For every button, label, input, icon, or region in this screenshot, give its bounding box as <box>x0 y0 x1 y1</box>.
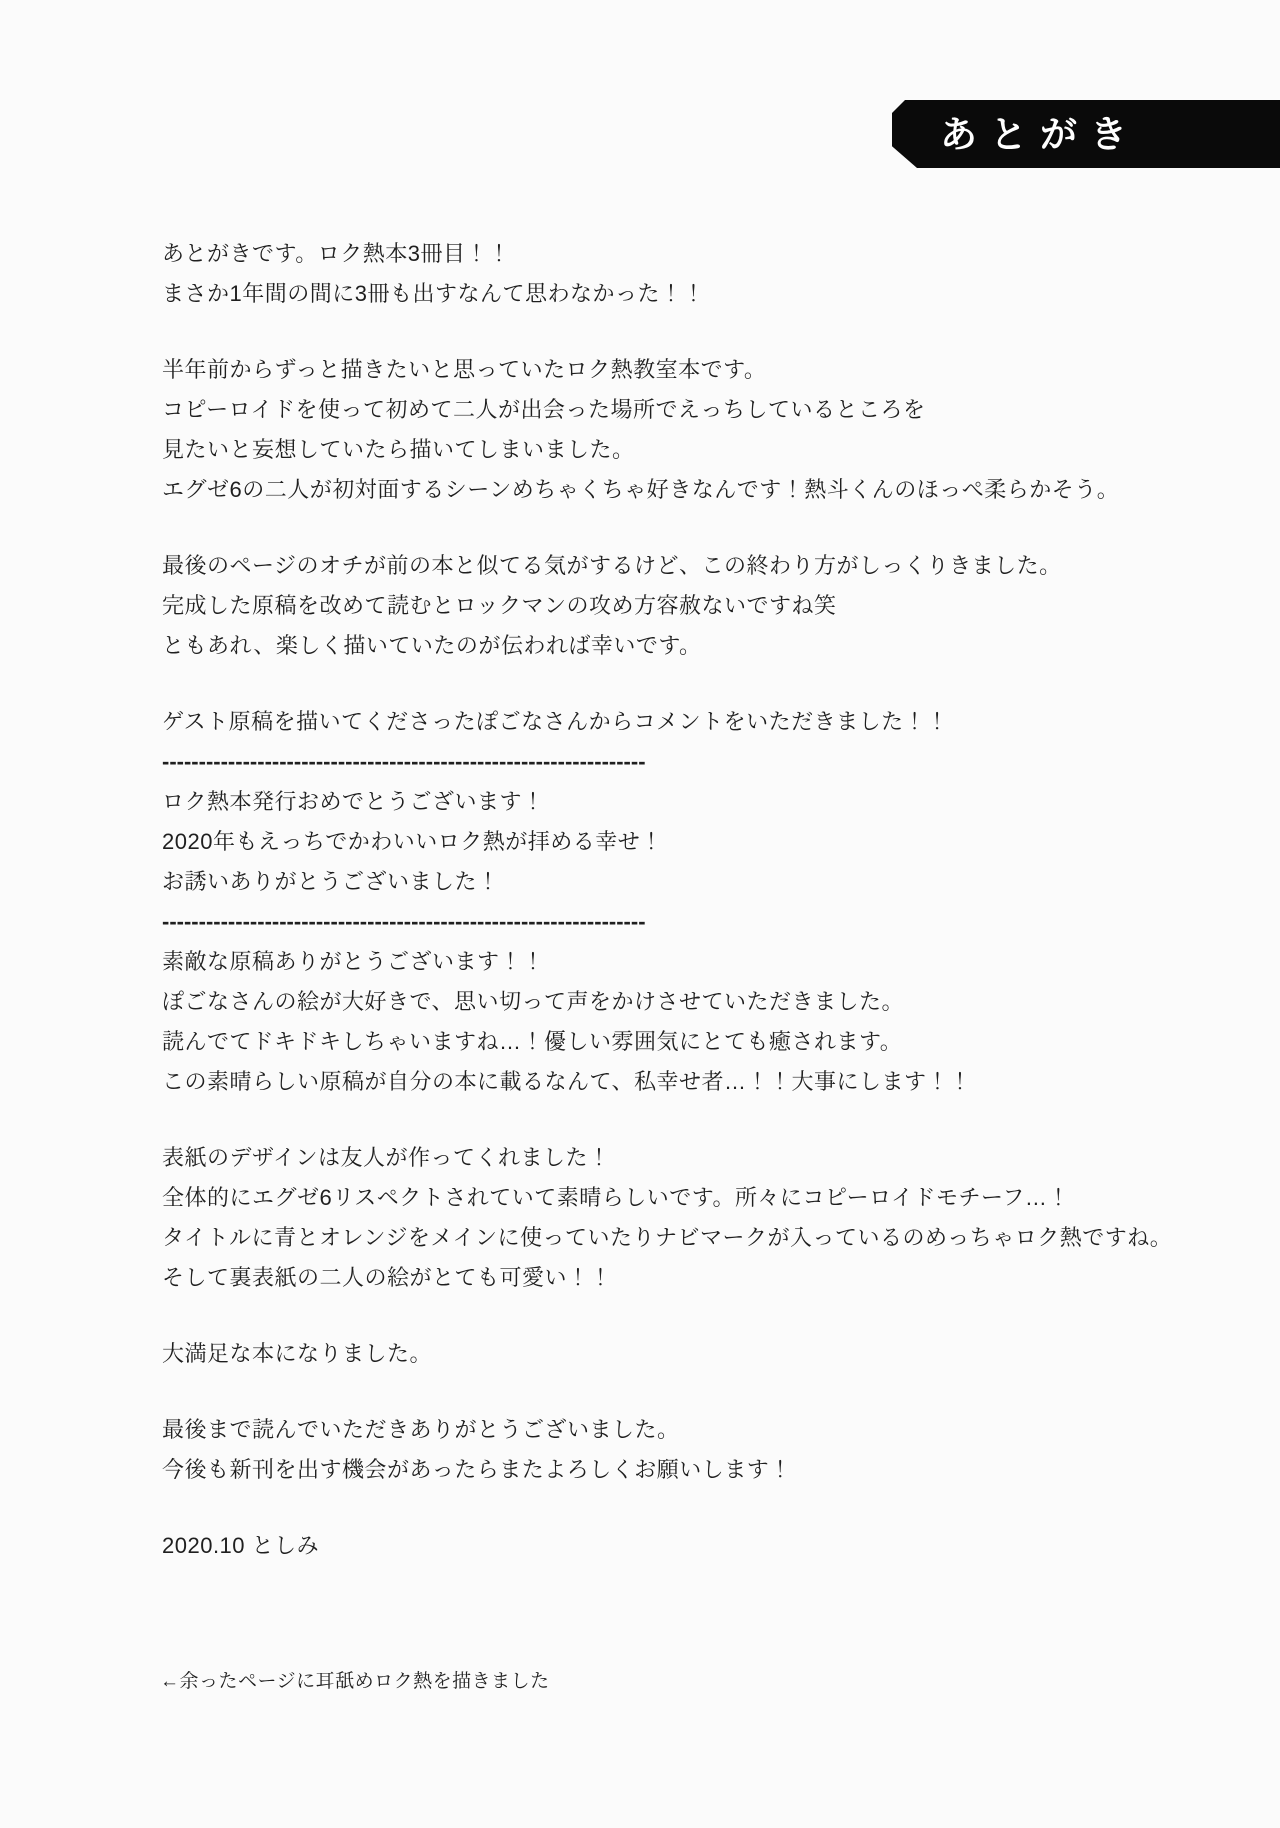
text-line: 今後も新刊を出す機会があったらまたよろしくお願いします！ <box>162 1450 1242 1490</box>
text-line: 全体的にエグゼ6リスペクトされていて素晴らしいです。所々にコピーロイドモチーフ…… <box>162 1178 1242 1218</box>
paragraph: 半年前からずっと描きたいと思っていたロク熱教室本です。コピーロイドを使って初めて… <box>162 350 1242 510</box>
text-line: 2020.10 としみ <box>162 1526 1242 1566</box>
text-line: あとがきです。ロク熱本3冊目！！ <box>162 234 1242 274</box>
afterword-page: あとがき あとがきです。ロク熱本3冊目！！まさか1年間の間に3冊も出すなんて思わ… <box>0 0 1280 1828</box>
paragraph: あとがきです。ロク熱本3冊目！！まさか1年間の間に3冊も出すなんて思わなかった！… <box>162 234 1242 314</box>
text-line: ロク熱本発行おめでとうございます！ <box>162 782 1242 822</box>
paragraph: 最後のページのオチが前の本と似てる気がするけど、この終わり方がしっくりきました。… <box>162 546 1242 666</box>
afterword-body: あとがきです。ロク熱本3冊目！！まさか1年間の間に3冊も出すなんて思わなかった！… <box>162 234 1242 1602</box>
text-line: タイトルに青とオレンジをメインに使っていたりナビマークが入っているのめっちゃロク… <box>162 1218 1242 1258</box>
page-title: あとがき <box>940 116 1140 153</box>
text-line: お誘いありがとうございました！ <box>162 862 1242 902</box>
text-line: 半年前からずっと描きたいと思っていたロク熱教室本です。 <box>162 350 1242 390</box>
paragraph: 大満足な本になりました。 <box>162 1334 1242 1374</box>
text-line: 見たいと妄想していたら描いてしまいました。 <box>162 430 1242 470</box>
divider-line: ----------------------------------------… <box>162 742 1242 782</box>
text-line: エグゼ6の二人が初対面するシーンめちゃくちゃ好きなんです！熱斗くんのほっぺ柔らか… <box>162 470 1242 510</box>
text-line: まさか1年間の間に3冊も出すなんて思わなかった！！ <box>162 274 1242 314</box>
text-line: 素敵な原稿ありがとうございます！！ <box>162 942 1242 982</box>
text-line: ゲスト原稿を描いてくださったぽごなさんからコメントをいただきました！！ <box>162 702 1242 742</box>
text-line: そして裏表紙の二人の絵がとても可愛い！！ <box>162 1258 1242 1298</box>
text-line: 最後のページのオチが前の本と似てる気がするけど、この終わり方がしっくりきました。 <box>162 546 1242 586</box>
text-line: この素晴らしい原稿が自分の本に載るなんて、私幸せ者…！！大事にします！！ <box>162 1062 1242 1102</box>
text-line: 最後まで読んでいただきありがとうございました。 <box>162 1410 1242 1450</box>
paragraph: 表紙のデザインは友人が作ってくれました！全体的にエグゼ6リスペクトされていて素晴… <box>162 1138 1242 1298</box>
paragraph: 最後まで読んでいただきありがとうございました。今後も新刊を出す機会があったらまた… <box>162 1410 1242 1490</box>
text-line: 表紙のデザインは友人が作ってくれました！ <box>162 1138 1242 1178</box>
paragraph: 2020.10 としみ <box>162 1526 1242 1566</box>
text-line: ともあれ、楽しく描いていたのが伝われば幸いです。 <box>162 626 1242 666</box>
text-line: 2020年もえっちでかわいいロク熱が拝める幸せ！ <box>162 822 1242 862</box>
footnote: ←余ったページに耳舐めロク熱を描きました <box>160 1666 550 1693</box>
divider-line: ----------------------------------------… <box>162 902 1242 942</box>
text-line: 大満足な本になりました。 <box>162 1334 1242 1374</box>
text-line: ぽごなさんの絵が大好きで、思い切って声をかけさせていただきました。 <box>162 982 1242 1022</box>
paragraph: ゲスト原稿を描いてくださったぽごなさんからコメントをいただきました！！-----… <box>162 702 1242 1102</box>
text-line: コピーロイドを使って初めて二人が出会った場所でえっちしているところを <box>162 390 1242 430</box>
text-line: 読んでてドキドキしちゃいますね…！優しい雰囲気にとても癒されます。 <box>162 1022 1242 1062</box>
afterword-banner: あとがき <box>892 100 1280 168</box>
text-line: 完成した原稿を改めて読むとロックマンの攻め方容赦ないですね笑 <box>162 586 1242 626</box>
